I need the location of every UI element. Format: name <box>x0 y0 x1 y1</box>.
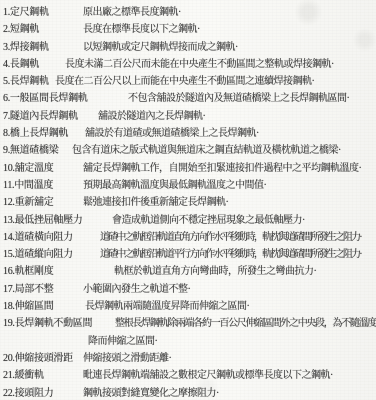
definition-text: 不包含舖設於隧道內及無道碴橋梁上之長焊鋼軌區間· <box>128 90 349 107</box>
definition-row: 21.緩衝軌 毗連長焊鋼軌端舖設之數根定尺鋼軌或標準長度以下之鋼軌· <box>3 367 374 384</box>
term-label: 21.緩衝軌 <box>3 367 83 384</box>
definition-text: 原出廠之標準長度鋼軌· <box>83 4 181 21</box>
definition-text: 舖定長焊鋼軌工作，自開始至扣緊連接扣件過程中之平均鋼軌溫度· <box>83 160 361 177</box>
definition-row-continuation: 降而伸縮之區間· <box>3 333 374 350</box>
term-label: 5.長焊鋼軌 <box>3 73 55 90</box>
definition-row: 9.無道碴橋梁 包含有道床之版式軌道與無道床之鋼直結軌道及橫枕軌道之橋梁· <box>3 142 374 159</box>
term-label: 11.中間溫度 <box>3 177 83 194</box>
definition-text: 舖設於有道碴或無道碴橋梁上之長焊鋼軌· <box>85 125 259 142</box>
definition-row: 1.定尺鋼軌 原出廠之標準長度鋼軌· <box>3 4 374 21</box>
term-label: 22.接頭阻力 <box>3 385 83 400</box>
definition-text: 包含有道床之版式軌道與無道床之鋼直結軌道及橫枕軌道之橋梁· <box>72 142 341 159</box>
definition-row: 19.長焊鋼軌不動區間 整根長焊鋼軌除兩端各約一百公尺伸縮區間外之中央段，為不隨… <box>3 315 374 332</box>
definition-text: 長焊鋼軌兩端隨溫度昇降而伸縮之區間· <box>85 298 249 315</box>
definition-text: 長度在二百公尺以上而能在中央產生不動區間之連續焊接鋼軌· <box>55 73 314 90</box>
term-label: 18.伸縮區間 <box>3 298 85 315</box>
term-label: 12.重新舖定 <box>3 194 83 211</box>
definition-row: 16.軌框剛度 軌框於軌道直角方向彎曲時，所發生之彎曲抗力· <box>3 263 374 280</box>
definition-row: 12.重新舖定 鬆弛連接扣件後重新舖定長焊鋼軌· <box>3 194 374 211</box>
definition-text: 會造成軌道側向不穩定挫屈現象之最低軸壓力· <box>112 212 305 229</box>
definition-text: 鬆弛連接扣件後重新舖定長焊鋼軌· <box>83 194 228 211</box>
term-label: 20.伸縮接頭滑距 <box>3 350 83 367</box>
definition-text: 長度在標準長度以下之鋼軌· <box>83 21 200 38</box>
definition-row: 10.舖定溫度 舖定長焊鋼軌工作，自開始至扣緊連接扣件過程中之平均鋼軌溫度· <box>3 160 374 177</box>
term-label: 9.無道碴橋梁 <box>3 142 72 159</box>
term-label: 1.定尺鋼軌 <box>3 4 83 21</box>
term-label: 8.橋上長焊鋼軌 <box>3 125 85 142</box>
definition-text: 舖設於隧道內之長焊鋼軌· <box>98 108 205 125</box>
definition-text: 毗連長焊鋼軌端舖設之數根定尺鋼軌或標準長度以下之鋼軌· <box>83 367 333 384</box>
definition-row: 5.長焊鋼軌 長度在二百公尺以上而能在中央產生不動區間之連續焊接鋼軌· <box>3 73 374 90</box>
definition-text: 預期最高鋼軌溫度與最低鋼軌溫度之中間值· <box>83 177 266 194</box>
definition-row: 18.伸縮區間 長焊鋼軌兩端隨溫度昇降而伸縮之區間· <box>3 298 374 315</box>
term-label: 10.舖定溫度 <box>3 160 83 177</box>
definition-row: 22.接頭阻力 鋼軌接頭對縫寬變化之摩擦阻力· <box>3 385 374 400</box>
definition-text: 小範圍內發生之軌道不整· <box>83 281 190 298</box>
definition-text: 長度未滿二百公尺而未能在中央產生不動區間之整軌或焊接鋼軌· <box>65 56 334 73</box>
definition-row: 3.焊接鋼軌 以短鋼軌或定尺鋼軌焊接而成之鋼軌· <box>3 39 374 56</box>
term-label: 4.長鋼軌 <box>3 56 65 73</box>
definition-row: 2.短鋼軌 長度在標準長度以下之鋼軌· <box>3 21 374 38</box>
scanned-document-page: 1.定尺鋼軌 原出廠之標準長度鋼軌· 2.短鋼軌 長度在標準長度以下之鋼軌· 3… <box>0 0 376 400</box>
definition-row: 15.道碴縱向阻力 道碴中之軌框沿軌道平行方向作水平移動時，軌枕與道碴間所發生之… <box>3 246 374 263</box>
term-label: 16.軌框剛度 <box>3 263 114 280</box>
definition-text: 鋼軌接頭對縫寬變化之摩擦阻力· <box>83 385 219 400</box>
definition-text: 道碴中之軌框沿軌道平行方向作水平移動時，軌枕與道碴間所發生之阻力· <box>100 246 361 263</box>
definition-text: 整根長焊鋼軌除兩端各約一百公尺伸縮區間外之中央段，為不隨溫度昇 <box>115 315 376 332</box>
term-label: 6.一般區間長焊鋼軌 <box>3 90 128 107</box>
term-label: 3.焊接鋼軌 <box>3 39 83 56</box>
term-label: 15.道碴縱向阻力 <box>3 246 100 263</box>
definition-text: 軌框於軌道直角方向彎曲時，所發生之彎曲抗力· <box>114 263 316 280</box>
definition-row: 20.伸縮接頭滑距 伸縮接頭之滑動距離· <box>3 350 374 367</box>
term-label: 19.長焊鋼軌不動區間 <box>3 315 115 332</box>
term-label: 13.最低挫屈軸壓力 <box>3 212 112 229</box>
definition-row: 17.局部不整 小範圍內發生之軌道不整· <box>3 281 374 298</box>
term-label: 17.局部不整 <box>3 281 83 298</box>
definition-text: 伸縮接頭之滑動距離· <box>83 350 171 367</box>
definition-row: 14.道碴橫向阻力 道碴中之軌框沿軌道直角方向作水平移動時，軌枕與道碴間所發生之… <box>3 229 374 246</box>
term-label: 7.隧道內長焊鋼軌 <box>3 108 98 125</box>
definition-row: 7.隧道內長焊鋼軌 舖設於隧道內之長焊鋼軌· <box>3 108 374 125</box>
definition-text: 以短鋼軌或定尺鋼軌焊接而成之鋼軌· <box>83 39 238 56</box>
definition-row: 6.一般區間長焊鋼軌 不包含舖設於隧道內及無道碴橋梁上之長焊鋼軌區間· <box>3 90 374 107</box>
term-label: 2.短鋼軌 <box>3 21 83 38</box>
definition-row: 4.長鋼軌 長度未滿二百公尺而未能在中央產生不動區間之整軌或焊接鋼軌· <box>3 56 374 73</box>
definition-text: 降而伸縮之區間· <box>88 333 157 350</box>
definition-row: 8.橋上長焊鋼軌 舖設於有道碴或無道碴橋梁上之長焊鋼軌· <box>3 125 374 142</box>
term-label: 14.道碴橫向阻力 <box>3 229 100 246</box>
definition-row: 11.中間溫度 預期最高鋼軌溫度與最低鋼軌溫度之中間值· <box>3 177 374 194</box>
definition-text: 道碴中之軌框沿軌道直角方向作水平移動時，軌枕與道碴間所發生之阻力· <box>100 229 361 246</box>
definition-row: 13.最低挫屈軸壓力 會造成軌道側向不穩定挫屈現象之最低軸壓力· <box>3 212 374 229</box>
